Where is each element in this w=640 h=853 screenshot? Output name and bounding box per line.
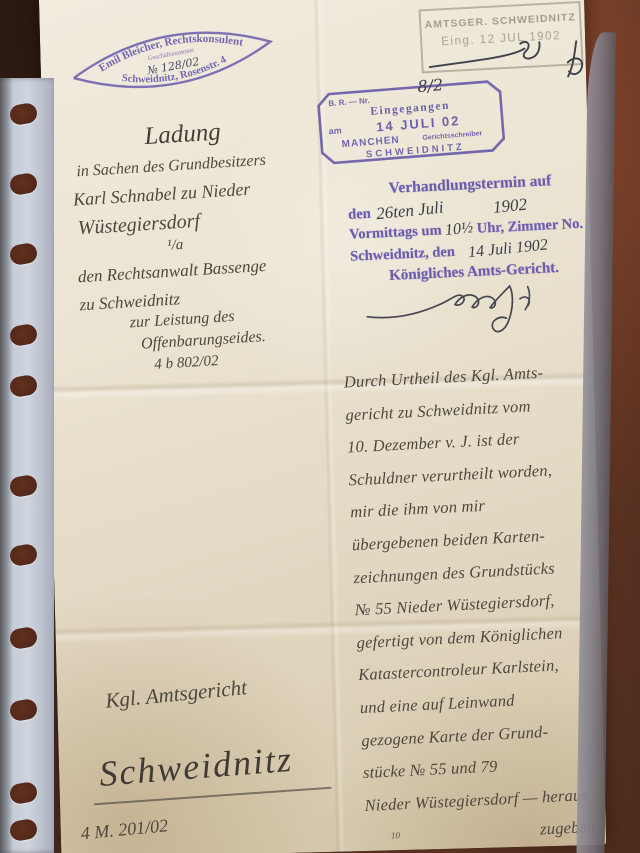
punch-hole [8, 102, 38, 126]
summons-line: zur Leistung des [129, 308, 235, 332]
summons-line: Wüstegiersdorf [77, 210, 200, 240]
signature-paraph [520, 287, 530, 310]
paraph-stroke [429, 41, 540, 67]
summons-line: Karl Schnabel zu Nieder [73, 179, 251, 211]
hearing-date-handwritten: 26ten Juli [375, 198, 444, 225]
judge-signature [364, 268, 551, 347]
summons-heading: Ladung [144, 118, 222, 151]
punch-hole [8, 323, 38, 347]
hearing-time-handwritten: 10½ [444, 219, 474, 240]
entry-stamp-ref-label: B. R. — Nr. [328, 96, 370, 108]
punch-hole [8, 626, 38, 650]
sheet-protector-edge [0, 78, 54, 853]
hearing-stamp-vormittags: Vormittags um [349, 222, 442, 242]
summons-line: den Rechtsanwalt Bassenge [77, 256, 267, 287]
hearing-stamp-city-den: Schweidnitz, den [350, 244, 455, 265]
ink-paraph-marks [426, 32, 605, 87]
punch-hole [8, 242, 38, 266]
initial-b-stroke [567, 41, 582, 76]
summons-line: Offenbarungseides. [141, 328, 267, 354]
hearing-stamp-zimmer: Uhr, Zimmer No. [476, 216, 583, 237]
hearing-year-handwritten: 1902 [492, 195, 528, 218]
punch-hole [8, 474, 38, 498]
punch-hole [8, 781, 38, 805]
hearing-stamp-den: den [348, 206, 371, 223]
addressee-city: Schweidnitz [98, 738, 295, 795]
summons-line: in Sachen des Grundbesitzers [76, 152, 267, 182]
summons-line: ¹/a [167, 237, 184, 255]
document-photo: Emil Bleicher, Rechtskonsulent Geschäfts… [0, 0, 640, 853]
entry-receipt-stamp: B. R. — Nr. 8/2 Eingegangen am 14 JULI 0… [315, 70, 514, 178]
punch-hole [8, 172, 38, 196]
attorney-oval-stamp-graphic: Emil Bleicher, Rechtskonsulent Geschäfts… [60, 0, 284, 120]
punch-hole [8, 543, 38, 567]
addressee-court: Kgl. Amtsgericht [104, 675, 248, 713]
addressee-file-number: 4 M. 201/02 [80, 815, 169, 844]
faded-stamp-court-name: AMTSGER. SCHWEIDNITZ [421, 11, 579, 31]
entry-stamp-clerk-title: Gerichtsschreiber [422, 130, 483, 142]
punch-hole [8, 374, 38, 398]
signature-stroke [367, 286, 514, 335]
page-number: 10 [391, 830, 400, 840]
punch-hole [8, 818, 38, 842]
entry-stamp-am: am [328, 125, 342, 136]
punch-hole [8, 698, 38, 722]
attorney-oval-stamp: Emil Bleicher, Rechtskonsulent Geschäfts… [60, 0, 285, 125]
letter-paper: Emil Bleicher, Rechtskonsulent Geschäfts… [39, 0, 606, 853]
summons-case-number: 4 b 802/02 [154, 353, 219, 374]
